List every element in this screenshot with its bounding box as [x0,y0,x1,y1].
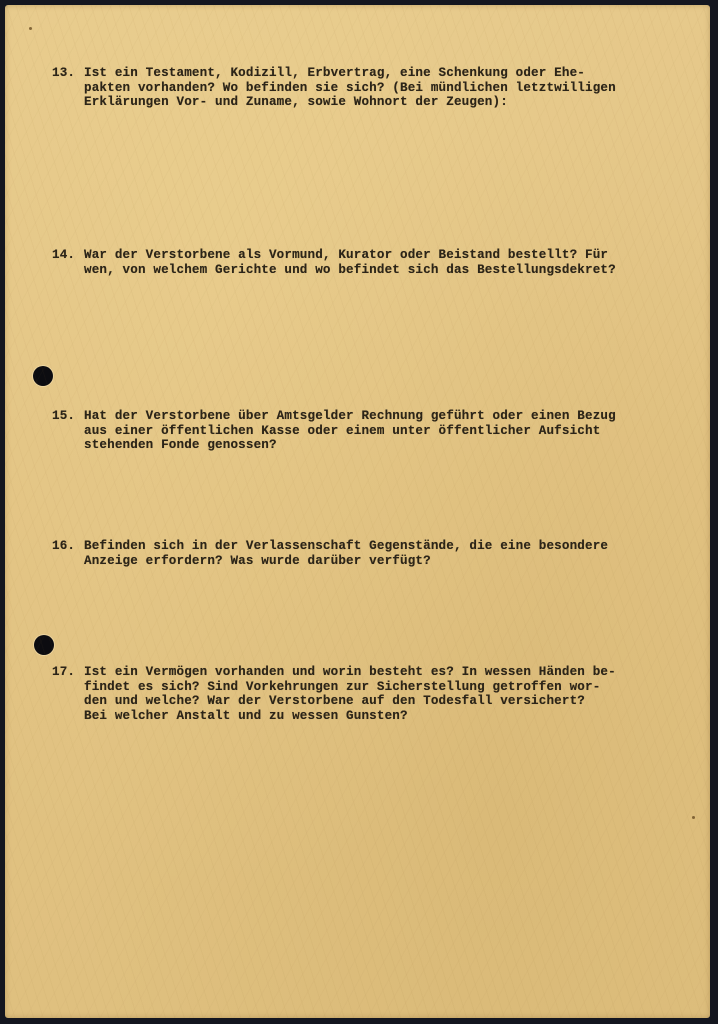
punch-hole-icon [34,635,54,655]
question-text: Hat der Verstorbene über Amtsgelder Rech… [84,409,664,453]
question-line: den und welche? War der Verstorbene auf … [84,694,664,709]
question-text: Ist ein Vermögen vorhanden und worin bes… [84,665,664,723]
question-line: Erklärungen Vor- und Zuname, sowie Wohno… [84,95,664,110]
question-15: 15. Hat der Verstorbene über Amtsgelder … [52,409,664,453]
punch-hole-icon [33,366,53,386]
question-number: 16. [52,539,75,554]
question-line: Bei welcher Anstalt und zu wessen Gunste… [84,709,664,724]
question-16: 16. Befinden sich in der Verlassenschaft… [52,539,664,568]
question-line: Ist ein Vermögen vorhanden und worin bes… [84,665,664,680]
question-line: wen, von welchem Gerichte und wo befinde… [84,263,664,278]
question-line: aus einer öffentlichen Kasse oder einem … [84,424,664,439]
question-line: War der Verstorbene als Vormund, Kurator… [84,248,664,263]
question-line: Befinden sich in der Verlassenschaft Geg… [84,539,664,554]
paper-sheet: 13. Ist ein Testament, Kodizill, Erbvert… [5,5,710,1018]
question-number: 17. [52,665,75,680]
question-text: Ist ein Testament, Kodizill, Erbvertrag,… [84,66,664,110]
question-17: 17. Ist ein Vermögen vorhanden und worin… [52,665,664,723]
question-number: 14. [52,248,75,263]
question-line: pakten vorhanden? Wo befinden sie sich? … [84,81,664,96]
question-line: findet es sich? Sind Vorkehrungen zur Si… [84,680,664,695]
question-number: 13. [52,66,75,81]
question-number: 15. [52,409,75,424]
scanned-page: 13. Ist ein Testament, Kodizill, Erbvert… [0,0,718,1024]
question-text: War der Verstorbene als Vormund, Kurator… [84,248,664,277]
question-text: Befinden sich in der Verlassenschaft Geg… [84,539,664,568]
question-line: Anzeige erfordern? Was wurde darüber ver… [84,554,664,569]
paper-speck [692,816,695,819]
question-line: Ist ein Testament, Kodizill, Erbvertrag,… [84,66,664,81]
question-line: stehenden Fonde genossen? [84,438,664,453]
question-14: 14. War der Verstorbene als Vormund, Kur… [52,248,664,277]
paper-speck [29,27,32,30]
question-line: Hat der Verstorbene über Amtsgelder Rech… [84,409,664,424]
question-13: 13. Ist ein Testament, Kodizill, Erbvert… [52,66,664,110]
